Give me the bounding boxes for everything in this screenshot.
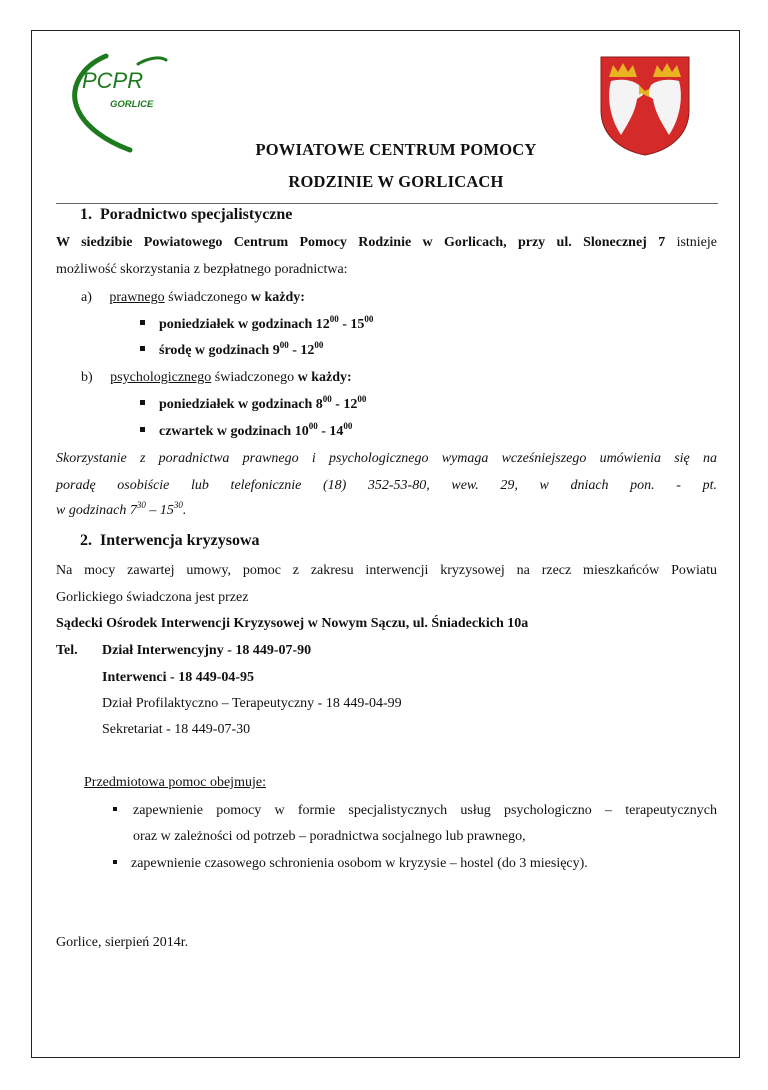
- org-title-line1: POWIATOWE CENTRUM POMOCY: [12, 140, 768, 160]
- section1-title: Poradnictwo specjalistyczne: [100, 206, 292, 223]
- place-date: Gorlice, sierpień 2014r.: [56, 935, 188, 951]
- section2-para-line1: Na mocy zawartej umowy, pomoc z zakresu …: [56, 563, 717, 579]
- phone-intervention-dept: Dział Interwencyjny - 18 449-07-90: [102, 643, 311, 659]
- bullet-icon: [140, 400, 145, 405]
- phone-prevention-therapy: Dział Profilaktyczno – Terapeutyczny - 1…: [102, 696, 402, 712]
- header-divider: [56, 203, 718, 204]
- svg-text:PCPR: PCPR: [82, 68, 143, 93]
- scope-item-1-line1: zapewnienie pomocy w formie specjalistyc…: [133, 803, 717, 819]
- appointment-note-line3: w godzinach 730 – 1530.: [56, 503, 186, 519]
- scope-bullet-1: [113, 803, 131, 819]
- bullet-icon: [113, 807, 117, 811]
- section1-intro-line1: W siedzibie Powiatowego Centrum Pomocy R…: [56, 235, 717, 251]
- section2-number: 2.: [80, 532, 92, 549]
- item-b: b) psychologicznego świadczonego w każdy…: [81, 370, 352, 386]
- schedule-a-2: środę w godzinach 900 - 1200: [140, 343, 323, 359]
- appointment-note-line2: poradę osobiście lub telefonicznie (18) …: [56, 478, 717, 494]
- section2-para-line2: Gorlickiego świadczona jest przez: [56, 590, 248, 606]
- appointment-note-line1: Skorzystanie z poradnictwa prawnego i ps…: [56, 451, 717, 467]
- schedule-b-1: poniedziałek w godzinach 800 - 1200: [140, 397, 366, 413]
- bullet-icon: [113, 860, 117, 864]
- bullet-icon: [140, 346, 145, 351]
- phone-interventionists: Interwenci - 18 449-04-95: [102, 670, 254, 686]
- section2-title: Interwencja kryzysowa: [100, 532, 260, 549]
- phone-secretariat: Sekretariat - 18 449-07-30: [102, 722, 250, 738]
- item-a: a) prawnego świadczonego w każdy:: [81, 290, 305, 306]
- bullet-icon: [140, 427, 145, 432]
- scope-heading: Przedmiotowa pomoc obejmuje:: [84, 775, 266, 791]
- section2-heading: 2. Interwencja kryzysowa: [80, 532, 260, 550]
- scope-item-1-line2: oraz w zależności od potrzeb – poradnict…: [133, 829, 526, 845]
- section1-number: 1.: [80, 206, 92, 223]
- scope-item-2: zapewnienie czasowego schronienia osobom…: [113, 856, 588, 872]
- crisis-center-name: Sądecki Ośrodek Interwencji Kryzysowej w…: [56, 616, 528, 632]
- section1-intro-line2: możliwość skorzystania z bezpłatnego por…: [56, 262, 348, 278]
- org-title-line2: RODZINIE W GORLICACH: [12, 172, 768, 192]
- svg-text:GORLICE: GORLICE: [110, 99, 154, 110]
- schedule-a-1: poniedziałek w godzinach 1200 - 1500: [140, 317, 373, 333]
- section1-heading: 1. Poradnictwo specjalistyczne: [80, 206, 292, 224]
- schedule-b-2: czwartek w godzinach 1000 - 1400: [140, 424, 352, 440]
- tel-label: Tel.: [56, 643, 78, 659]
- bullet-icon: [140, 320, 145, 325]
